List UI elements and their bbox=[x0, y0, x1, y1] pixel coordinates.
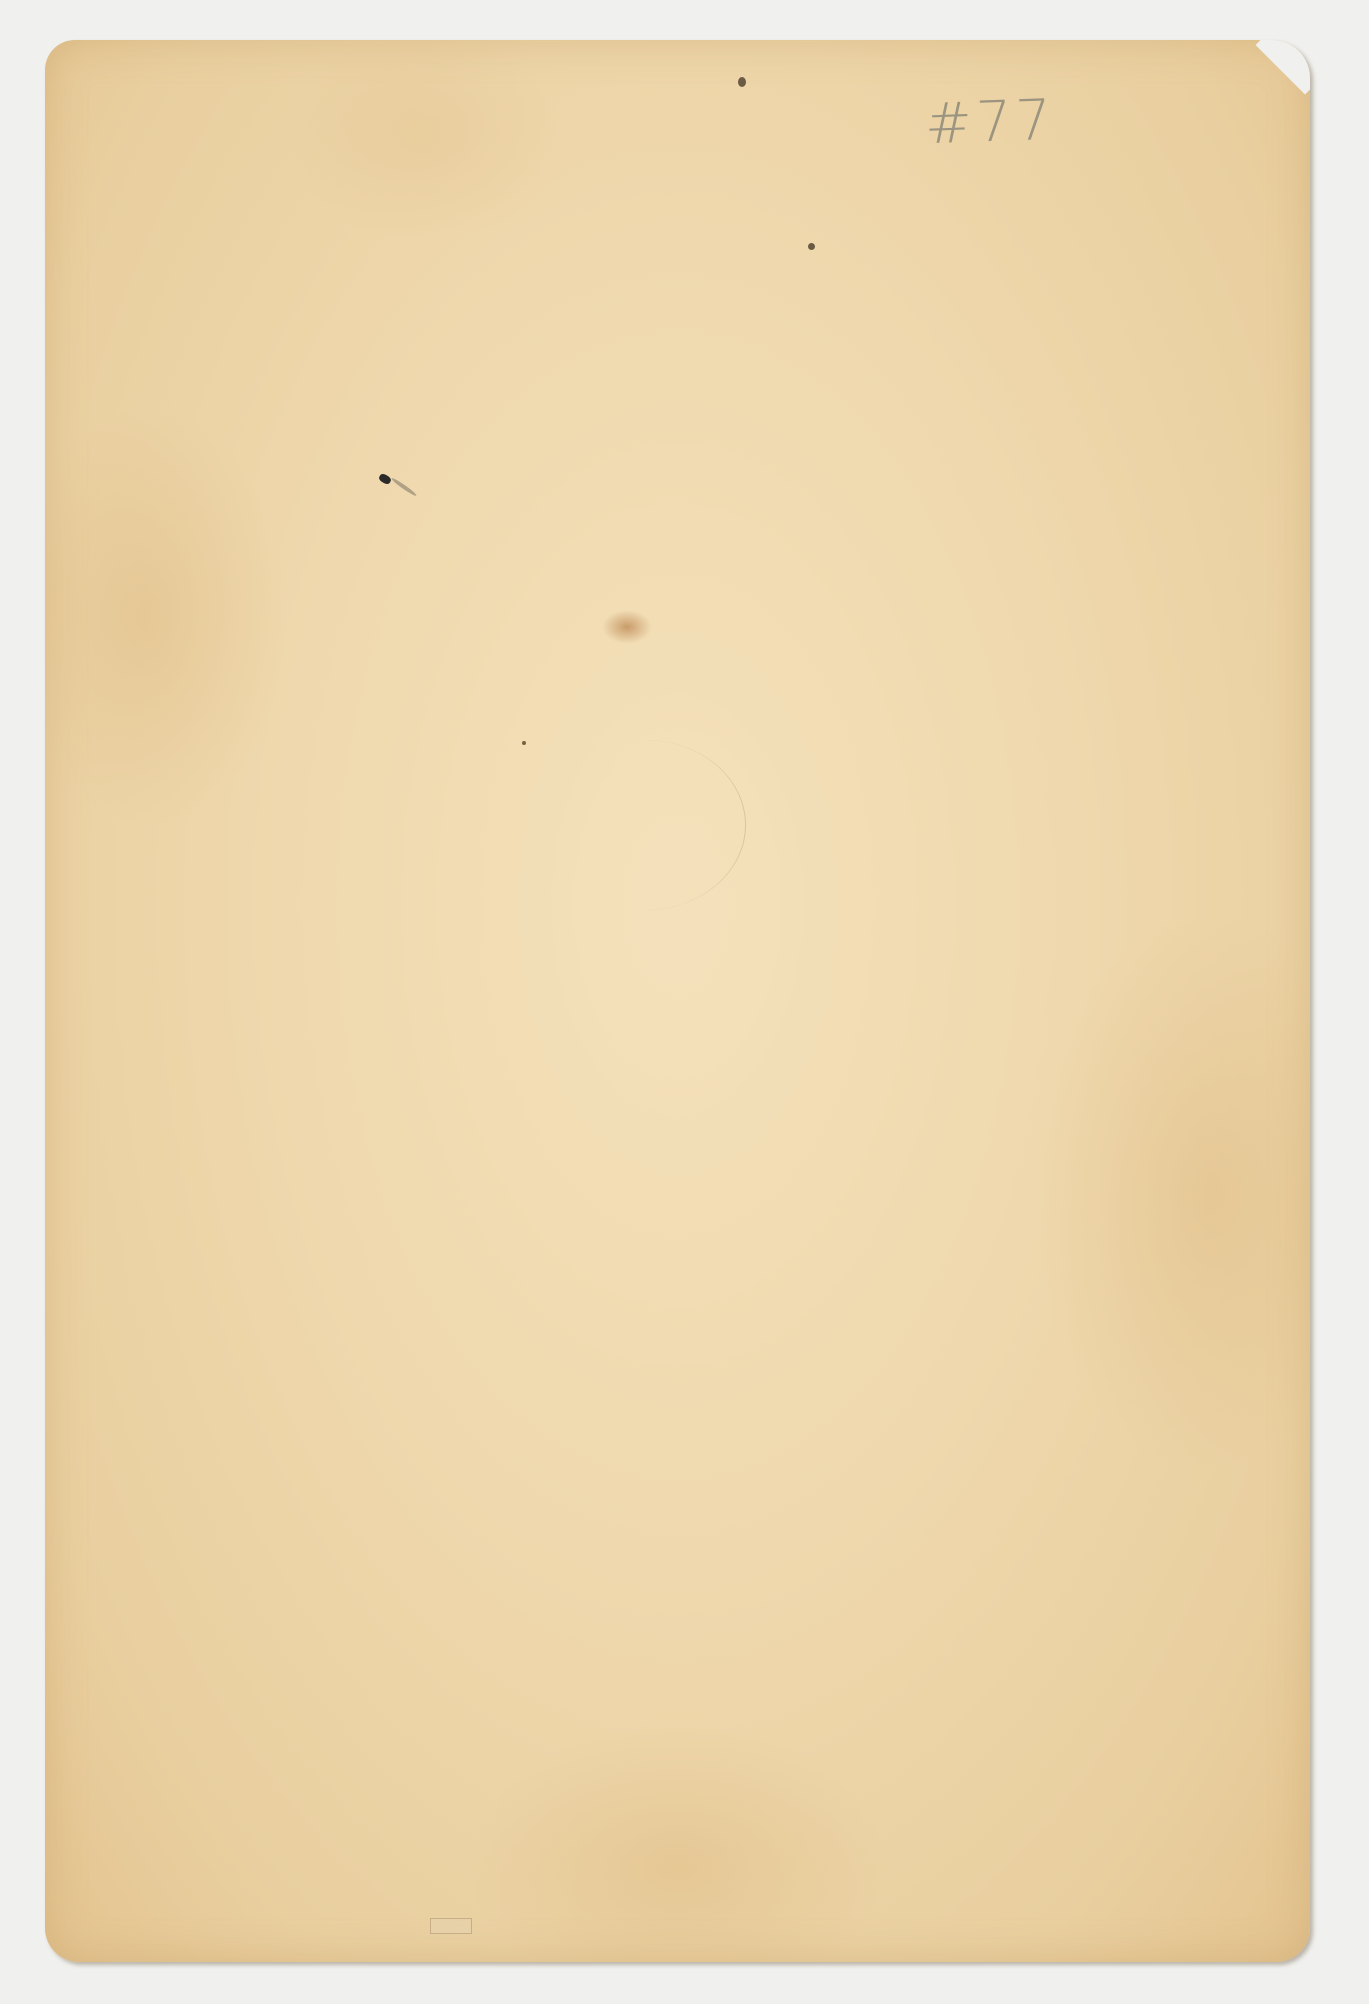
ink-mark bbox=[378, 473, 392, 486]
dark-speck bbox=[738, 77, 746, 87]
dark-speck bbox=[808, 243, 815, 250]
foxing-stains bbox=[45, 40, 1310, 1962]
cabinet-card-back: #77 bbox=[45, 40, 1310, 1962]
ink-smudge bbox=[391, 477, 418, 497]
handwritten-catalog-number: #77 bbox=[924, 88, 1056, 158]
small-speck bbox=[522, 741, 526, 745]
brown-stain bbox=[602, 610, 652, 644]
embossed-mark bbox=[430, 1918, 472, 1934]
faint-arc-mark bbox=[545, 740, 746, 910]
scan-background: #77 bbox=[0, 0, 1369, 2004]
